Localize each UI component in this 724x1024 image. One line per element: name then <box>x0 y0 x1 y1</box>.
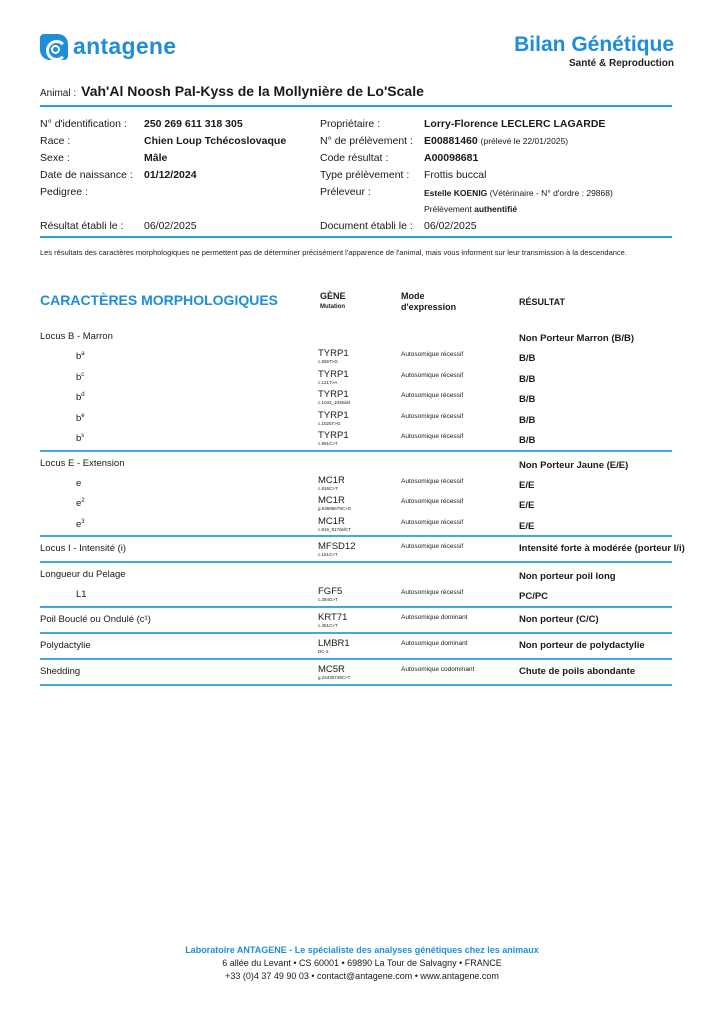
result-code-value: A00098681 <box>424 152 478 164</box>
mode-cell: Autosomique récessif <box>401 589 463 596</box>
mutation: c.1025T>G <box>318 421 349 427</box>
gene-name: TYRP1 <box>318 430 349 441</box>
row-divider <box>40 606 672 608</box>
col-gene-label: GÈNE <box>320 291 346 301</box>
allele: e2 <box>76 498 85 509</box>
mode-cell: Autosomique codominant <box>401 666 474 673</box>
result-cell: E/E <box>519 500 534 511</box>
col-mode-label-1: Mode <box>401 291 425 301</box>
info-value: 06/02/2025 <box>144 220 197 232</box>
row-divider <box>40 658 672 660</box>
divider <box>40 236 672 238</box>
result-cell: Non Porteur Jaune (E/E) <box>519 460 628 471</box>
allele-symbol: e <box>76 478 81 489</box>
col-mutation-label: Mutation <box>320 302 346 313</box>
col-gene: GÈNE Mutation <box>320 291 346 313</box>
result-cell: B/B <box>519 353 535 364</box>
mutation: c.991C>T <box>318 441 349 447</box>
gene-name: TYRP1 <box>318 410 349 421</box>
sampler-detail: (Vétérinaire - N° d'ordre : 29868) <box>490 188 613 198</box>
gene-cell: TYRP1c.991C>T <box>318 431 349 447</box>
result-code-label: Code résultat : <box>320 152 388 164</box>
row-divider <box>40 450 672 452</box>
mutation: c.284G>T <box>318 597 342 603</box>
row-divider <box>40 632 672 634</box>
owner-label: Propriétaire : <box>320 118 380 130</box>
info-label: Sexe : <box>40 152 70 164</box>
sample-no-label: N° de prélèvement : <box>320 135 413 147</box>
col-mode: Mode d'expression <box>401 291 456 313</box>
mutation: c.555T>G <box>318 359 349 365</box>
sample-type-value: Frottis buccal <box>424 169 486 181</box>
auth-prefix: Prélèvement <box>424 204 472 214</box>
gene-cell: MC1Rc.916C>T <box>318 476 345 492</box>
allele-superscript: s <box>81 433 84 439</box>
disclaimer: Les résultats des caractères morphologiq… <box>40 248 680 258</box>
mutation: c.1033_1035del <box>318 400 350 406</box>
mode-cell: Autosomique récessif <box>401 498 463 505</box>
allele: ba <box>76 351 85 362</box>
title: Bilan Génétique <box>514 33 674 57</box>
gene-name: TYRP1 <box>318 348 349 359</box>
mutation: g.24430749C>T <box>318 675 350 681</box>
gene-cell: TYRP1c.555T>G <box>318 349 349 365</box>
gene-name: LMBR1 <box>318 638 350 649</box>
sample-no: E00881460 <box>424 135 478 147</box>
gene-cell: FGF5c.284G>T <box>318 587 342 603</box>
mode-cell: Autosomique récessif <box>401 351 463 358</box>
info-label: Résultat établi le : <box>40 220 123 232</box>
sample-type-label: Type prélèvement : <box>320 169 409 181</box>
divider <box>40 105 672 107</box>
gene-cell: MC5Rg.24430749C>T <box>318 665 350 681</box>
mutation: c.451C>T <box>318 623 347 629</box>
gene-cell: MC1Rg.63695679C>G <box>318 496 351 512</box>
result-cell: Non porteur (C/C) <box>519 614 599 625</box>
allele-superscript: e <box>81 413 84 419</box>
mutation: g.63695679C>G <box>318 506 351 512</box>
allele: be <box>76 413 85 424</box>
allele-superscript: 2 <box>81 498 84 504</box>
animal-label: Animal : <box>40 88 76 99</box>
allele: e3 <box>76 519 85 530</box>
info-value: Chien Loup Tchécoslovaque <box>144 135 286 147</box>
footer-line-3: +33 (0)4 37 49 90 03 • contact@antagene.… <box>0 970 724 983</box>
document-title: Bilan Génétique Santé & Reproduction <box>514 33 674 69</box>
antagene-logo: antagene <box>40 33 176 60</box>
info-value: 01/12/2024 <box>144 169 197 181</box>
allele-superscript: d <box>81 392 84 398</box>
animal-name: Vah'Al Noosh Pal-Kyss de la Mollynière d… <box>81 83 424 99</box>
allele: L1 <box>76 589 87 600</box>
doc-date-value: 06/02/2025 <box>424 220 477 232</box>
animal-line: Animal :Vah'Al Noosh Pal-Kyss de la Moll… <box>40 83 424 99</box>
group-label: Poil Bouclé ou Ondulé (c¹) <box>40 614 151 625</box>
result-cell: B/B <box>519 394 535 405</box>
gene-cell: MC1Rc.816_817delCT <box>318 517 351 533</box>
group-label: Polydactylie <box>40 640 91 651</box>
group-label: Shedding <box>40 666 80 677</box>
result-cell: Non Porteur Marron (B/B) <box>519 333 634 344</box>
info-value: 250 269 611 318 305 <box>144 118 243 130</box>
footer-line-1: Laboratoire ANTAGENE - Le spécialiste de… <box>0 944 724 957</box>
result-cell: Non porteur poil long <box>519 571 616 582</box>
auth-word: authentifié <box>474 204 517 214</box>
mode-cell: Autosomique récessif <box>401 543 463 550</box>
allele-symbol: L1 <box>76 589 87 600</box>
row-divider <box>40 561 672 563</box>
info-label: Race : <box>40 135 70 147</box>
row-divider <box>40 684 672 686</box>
info-value: Mâle <box>144 152 167 164</box>
result-cell: E/E <box>519 521 534 532</box>
group-label: Locus B - Marron <box>40 331 113 342</box>
allele: e <box>76 478 81 489</box>
mode-cell: Autosomique récessif <box>401 372 463 379</box>
group-label: Locus I - Intensité (i) <box>40 543 126 554</box>
result-cell: B/B <box>519 435 535 446</box>
mode-cell: Autosomique récessif <box>401 392 463 399</box>
info-label: N° d'identification : <box>40 118 127 130</box>
row-divider <box>40 535 672 537</box>
sampler-value: Estelle KOENIG (Vétérinaire - N° d'ordre… <box>424 188 613 198</box>
result-cell: Non porteur de polydactylie <box>519 640 645 651</box>
result-cell: Chute de poils abondante <box>519 666 635 677</box>
owner-value: Lorry-Florence LECLERC LAGARDE <box>424 118 605 130</box>
allele: bs <box>76 433 84 444</box>
sample-date: (prélevé le 22/01/2025) <box>481 136 568 146</box>
gene-cell: TYRP1c.121T>A <box>318 370 349 386</box>
mutation: c.916C>T <box>318 486 345 492</box>
gene-name: MC5R <box>318 664 345 675</box>
allele-superscript: c <box>81 372 84 378</box>
allele: bc <box>76 372 84 383</box>
gene-cell: MFSD12c.151C>T <box>318 542 355 558</box>
mode-cell: Autosomique récessif <box>401 478 463 485</box>
gene-name: TYRP1 <box>318 389 349 400</box>
gene-name: TYRP1 <box>318 369 349 380</box>
gene-name: MC1R <box>318 495 345 506</box>
mutation: c.816_817delCT <box>318 527 351 533</box>
authentication: Prélèvement authentifié <box>424 204 517 214</box>
mode-cell: Autosomique récessif <box>401 413 463 420</box>
result-cell: B/B <box>519 415 535 426</box>
footer-line-2: 6 allée du Levant • CS 60001 • 69890 La … <box>0 957 724 970</box>
group-label: Locus E - Extension <box>40 458 125 469</box>
col-mode-label-2: d'expression <box>401 302 456 312</box>
sampler-label: Préleveur : <box>320 186 371 198</box>
result-cell: Intensité forte à modérée (porteur I/i) <box>519 543 685 554</box>
result-cell: E/E <box>519 480 534 491</box>
gene-cell: TYRP1c.1025T>G <box>318 411 349 427</box>
allele: bd <box>76 392 85 403</box>
sampler-name: Estelle KOENIG <box>424 188 487 198</box>
gene-name: KRT71 <box>318 612 347 623</box>
gene-name: MFSD12 <box>318 541 355 552</box>
gene-cell: LMBR1DC-2 <box>318 639 350 655</box>
gene-cell: KRT71c.451C>T <box>318 613 347 629</box>
mode-cell: Autosomique dominant <box>401 614 468 621</box>
allele-superscript: a <box>81 351 84 357</box>
subtitle: Santé & Reproduction <box>514 58 674 69</box>
info-label: Pedigree : <box>40 186 88 198</box>
mutation: DC-2 <box>318 649 350 655</box>
mode-cell: Autosomique récessif <box>401 519 463 526</box>
doc-date-label: Document établi le : <box>320 220 413 232</box>
result-cell: PC/PC <box>519 591 548 602</box>
footer: Laboratoire ANTAGENE - Le spécialiste de… <box>0 944 724 983</box>
section-title: CARACTÈRES MORPHOLOGIQUES <box>40 292 278 308</box>
mode-cell: Autosomique récessif <box>401 433 463 440</box>
info-label: Date de naissance : <box>40 169 133 181</box>
sample-no-value: E00881460 (prélevé le 22/01/2025) <box>424 135 568 147</box>
mutation: c.151C>T <box>318 552 355 558</box>
result-cell: B/B <box>519 374 535 385</box>
gene-name: FGF5 <box>318 586 342 597</box>
gene-cell: TYRP1c.1033_1035del <box>318 390 350 406</box>
gene-name: MC1R <box>318 475 345 486</box>
group-label: Longueur du Pelage <box>40 569 126 580</box>
allele-superscript: 3 <box>81 519 84 525</box>
logo-text: antagene <box>73 33 176 60</box>
mutation: c.121T>A <box>318 380 349 386</box>
mode-cell: Autosomique dominant <box>401 640 468 647</box>
antagene-logo-icon <box>40 34 68 60</box>
col-result: RÉSULTAT <box>519 297 565 308</box>
gene-name: MC1R <box>318 516 345 527</box>
